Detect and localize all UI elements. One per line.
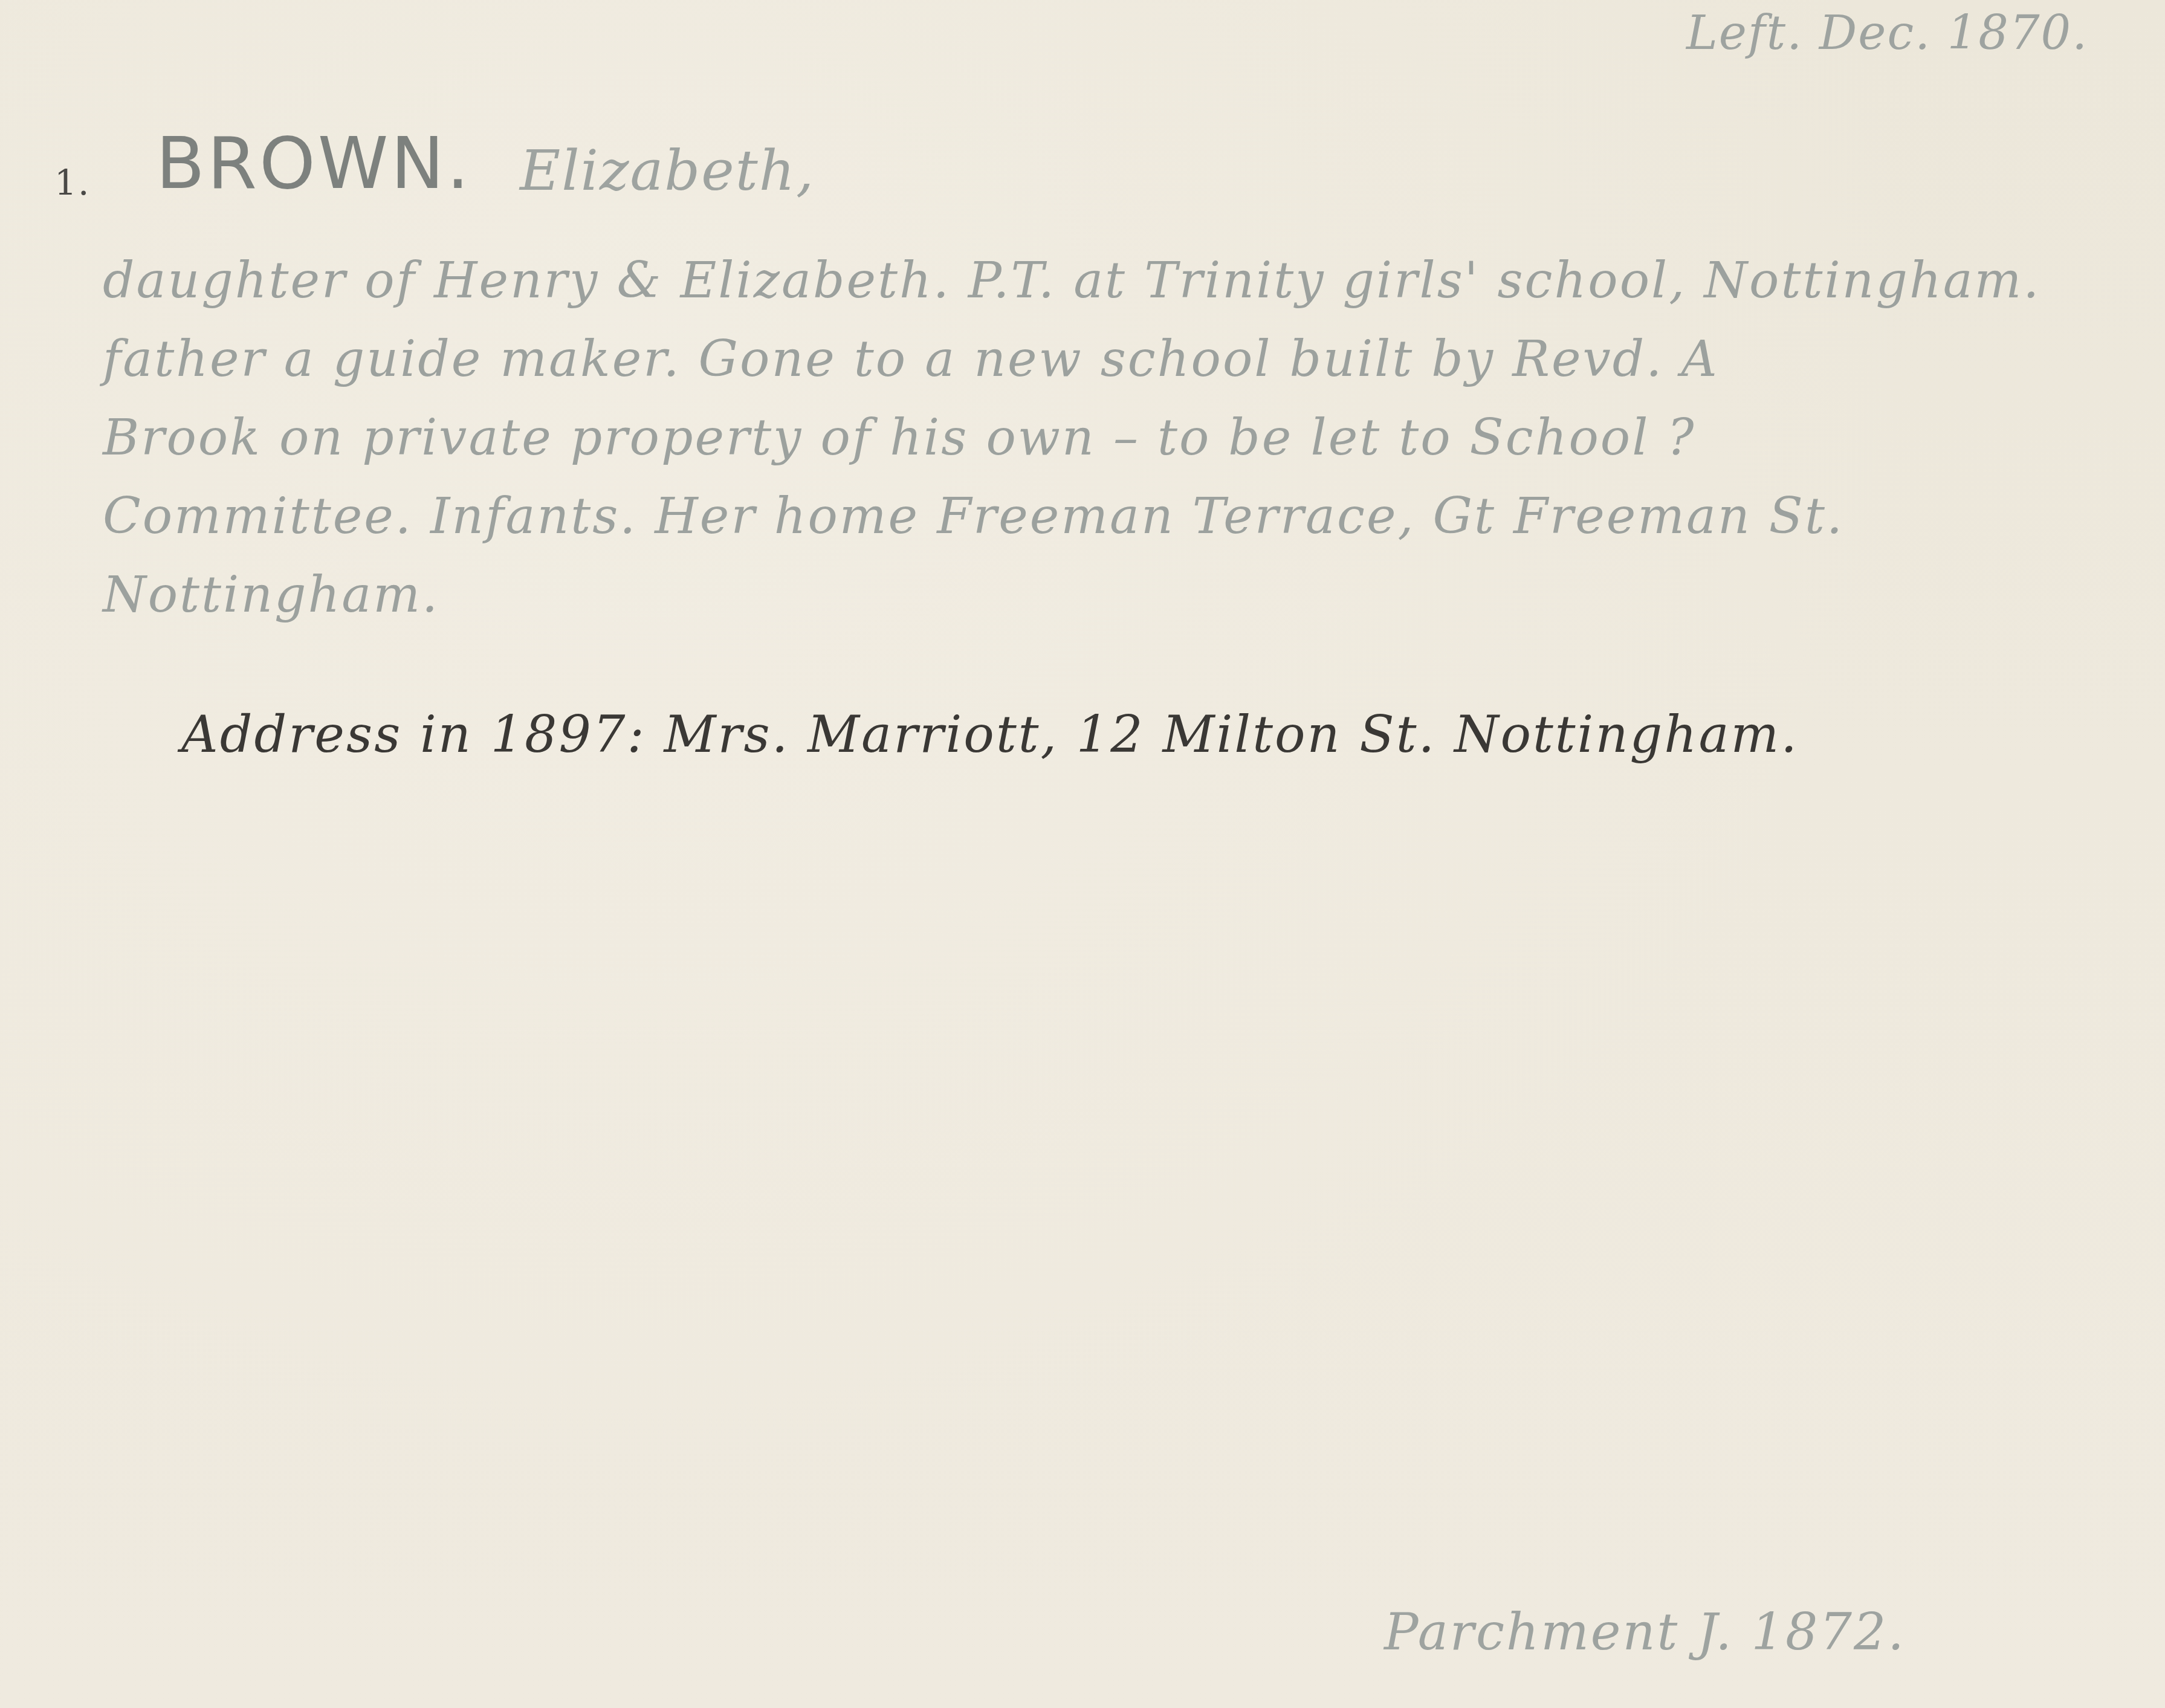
note-line: Brook on private property of his own – t… <box>103 399 2121 477</box>
register-page: Left. Dec. 1870. 1. BROWN. Elizabeth, da… <box>0 0 2165 1708</box>
parchment-note: Parchment J. 1872. <box>1384 1596 1906 1668</box>
later-address-1897: Address in 1897: Mrs. Marriott, 12 Milto… <box>181 695 1799 774</box>
left-date-note: Left. Dec. 1870. <box>1686 0 2088 66</box>
note-line: Committee. Infants. Her home Freeman Ter… <box>103 477 2121 556</box>
entry-notes: daughter of Henry & Elizabeth. P.T. at T… <box>103 242 2121 635</box>
note-line: daughter of Henry & Elizabeth. P.T. at T… <box>103 242 2121 320</box>
note-line: Nottingham. <box>103 556 2121 635</box>
entry-forename: Elizabeth, <box>520 132 815 210</box>
entry-surname: BROWN. <box>156 121 471 205</box>
note-line: father a guide maker. Gone to a new scho… <box>103 320 2121 399</box>
entry-number: 1. <box>54 158 90 207</box>
